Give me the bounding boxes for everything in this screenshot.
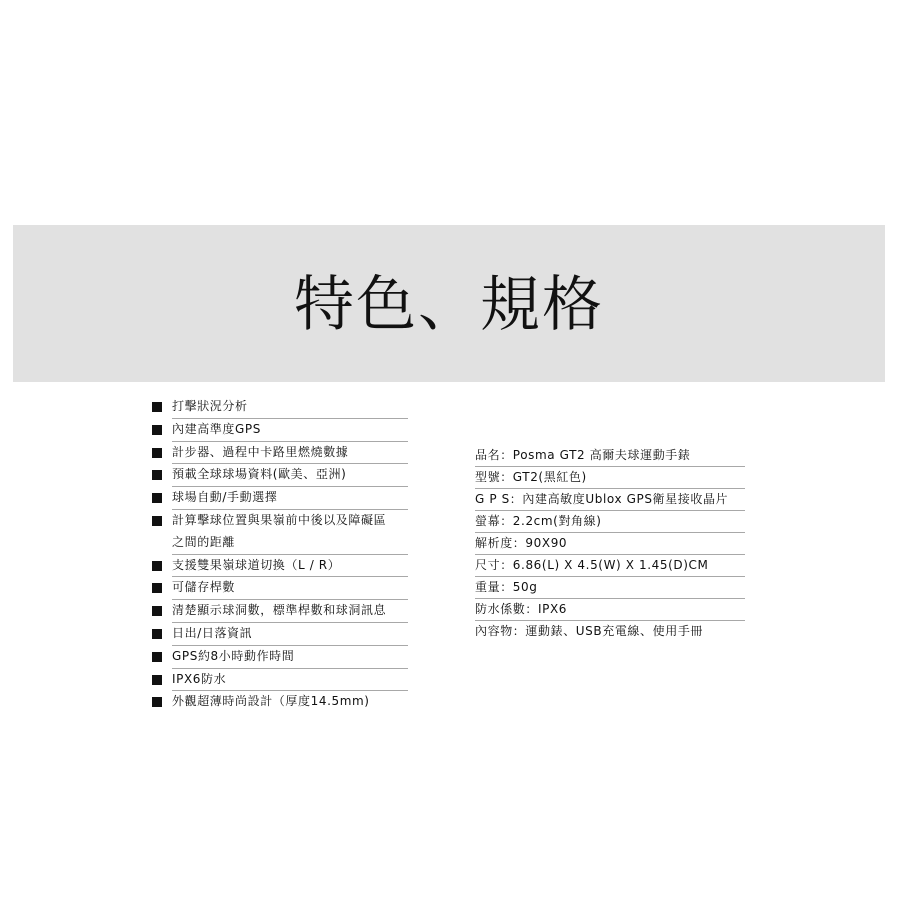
feature-text: 計步器、過程中卡路里燃燒數據 [172,442,408,465]
spec-item-screen: 螢幕：2.2cm(對角線) [475,511,745,533]
square-bullet-icon [152,402,162,412]
square-bullet-icon [152,606,162,616]
square-bullet-icon [152,561,162,571]
square-bullet-icon [152,629,162,639]
feature-item: 計步器、過程中卡路里燃燒數據 [150,442,408,465]
feature-item: 外觀超薄時尚設計（厚度14.5mm) [150,691,408,713]
spec-item-name: 品名：Posma GT2 高爾夫球運動手錶 [475,445,745,467]
square-bullet-icon [152,652,162,662]
square-bullet-icon [152,697,162,707]
feature-text: 支援雙果嶺球道切換（L / R） [172,555,408,578]
spec-item-gps: G P S：內建高敏度Ublox GPS衛星接收晶片 [475,489,745,511]
feature-text: 打擊狀況分析 [172,396,408,419]
feature-text: 內建高準度GPS [172,419,408,442]
feature-text-line2: 之間的距離 [172,532,408,554]
feature-item: 預載全球球場資料(歐美、亞洲) [150,464,408,487]
feature-text: 外觀超薄時尚設計（厚度14.5mm) [172,691,408,713]
feature-text: GPS約8小時動作時間 [172,646,408,669]
square-bullet-icon [152,493,162,503]
feature-item: 打擊狀況分析 [150,396,408,419]
feature-item: GPS約8小時動作時間 [150,646,408,669]
spec-item-waterproof: 防水係數：IPX6 [475,599,745,621]
feature-item: 支援雙果嶺球道切換（L / R） [150,555,408,578]
feature-text-line1: 計算擊球位置與果嶺前中後以及障礙區 [172,510,408,532]
square-bullet-icon [152,583,162,593]
feature-text: 清楚顯示球洞數，標準桿數和球洞訊息 [172,600,408,623]
section-banner: 特色、規格 [13,225,885,382]
feature-item: IPX6防水 [150,669,408,692]
feature-item: 內建高準度GPS [150,419,408,442]
feature-text: 可儲存桿數 [172,577,408,600]
feature-list: 打擊狀況分析 內建高準度GPS 計步器、過程中卡路里燃燒數據 預載全球球場資料(… [150,396,408,713]
section-title: 特色、規格 [294,257,604,343]
spec-item-dimensions: 尺寸：6.86(L) X 4.5(W) X 1.45(D)CM [475,555,745,577]
square-bullet-icon [152,448,162,458]
feature-text-wrapped: 計算擊球位置與果嶺前中後以及障礙區 之間的距離 [172,510,408,555]
feature-text: 日出/日落資訊 [172,623,408,646]
feature-text: 球場自動/手動選擇 [172,487,408,510]
square-bullet-icon [152,425,162,435]
spec-item-model: 型號：GT2(黑紅色) [475,467,745,489]
feature-item: 球場自動/手動選擇 [150,487,408,510]
feature-item: 清楚顯示球洞數，標準桿數和球洞訊息 [150,600,408,623]
feature-text: IPX6防水 [172,669,408,692]
feature-text: 預載全球球場資料(歐美、亞洲) [172,464,408,487]
spec-item-weight: 重量：50g [475,577,745,599]
square-bullet-icon [152,470,162,480]
feature-item: 計算擊球位置與果嶺前中後以及障礙區 之間的距離 [150,510,408,555]
square-bullet-icon [152,675,162,685]
spec-item-resolution: 解析度：90X90 [475,533,745,555]
feature-item: 日出/日落資訊 [150,623,408,646]
feature-item: 可儲存桿數 [150,577,408,600]
spec-item-contents: 內容物：運動錶、USB充電線、使用手冊 [475,621,745,642]
square-bullet-icon [152,516,162,526]
spec-list: 品名：Posma GT2 高爾夫球運動手錶 型號：GT2(黑紅色) G P S：… [475,445,745,642]
